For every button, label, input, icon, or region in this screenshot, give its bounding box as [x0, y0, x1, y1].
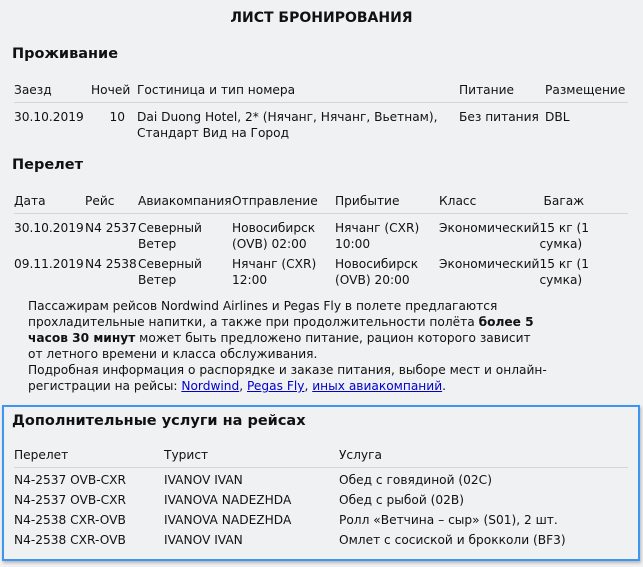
col-class: Класс — [439, 193, 539, 214]
period: . — [442, 379, 446, 393]
col-arrival: Прибытие — [335, 193, 439, 214]
baggage: 15 кг (1 сумка) — [539, 252, 628, 288]
airline: СеверныйВетер — [138, 252, 232, 288]
arrival-line: Нячанг (CXR) — [335, 220, 439, 236]
service-flight: N4-2537 OVB-CXR — [14, 468, 164, 491]
flights-table: Дата Рейс Авиакомпания Отправление Прибы… — [14, 193, 628, 288]
col-hotel: Гостиница и тип номера — [137, 82, 459, 103]
meal-plan: Без питания — [459, 103, 545, 142]
arrival: Новосибирск(OVB) 20:00 — [335, 252, 439, 288]
table-row: N4-2538 CXR-OVB IVANOV IVAN Омлет с соси… — [14, 530, 628, 550]
col-service: Услуга — [339, 445, 628, 468]
service-tourist: IVANOVA NADEZHDA — [164, 490, 339, 510]
col-tourist: Турист — [164, 445, 339, 468]
departure-line: (OVB) 02:00 — [232, 236, 335, 252]
airline-line: Ветер — [138, 236, 232, 252]
service-name: Омлет с сосиской и брокколи (BF3) — [339, 530, 628, 550]
hotel-name: Dai Duong Hotel, 2* (Нячанг, Нячанг, Вье… — [137, 109, 459, 125]
col-date: Дата — [14, 193, 85, 214]
col-baggage: Багаж — [539, 193, 628, 214]
departure-line: Новосибирск — [232, 220, 335, 236]
note-text: Пассажирам рейсов Nordwind Airlines и Pe… — [28, 299, 497, 329]
arrival: Нячанг (CXR)10:00 — [335, 214, 439, 253]
service-tourist: IVANOVA NADEZHDA — [164, 510, 339, 530]
col-airline: Авиакомпания — [138, 193, 232, 214]
airline-line: Ветер — [138, 272, 232, 288]
table-row: N4-2538 CXR-OVB IVANOVA NADEZHDA Ролл «В… — [14, 510, 628, 530]
flight-date: 09.11.2019 — [14, 252, 85, 288]
airline-line: Северный — [138, 220, 232, 236]
flight-class: Экономический — [439, 252, 539, 288]
col-nights: Ночей — [91, 82, 137, 103]
service-flight: N4-2538 CXR-OVB — [14, 530, 164, 550]
departure: Новосибирск(OVB) 02:00 — [232, 214, 335, 253]
flights-heading: Перелет — [12, 157, 83, 173]
separator: , — [239, 379, 247, 393]
service-name: Ролл «Ветчина – сыр» (S01), 2 шт. — [339, 510, 628, 530]
col-checkin: Заезд — [14, 82, 91, 103]
arrival-line: Новосибирск — [335, 256, 439, 272]
service-tourist: IVANOV IVAN — [164, 468, 339, 491]
arrival-line: 10:00 — [335, 236, 439, 252]
room-type: Стандарт Вид на Город — [137, 125, 459, 141]
table-row: N4-2537 OVB-CXR IVANOVA NADEZHDA Обед с … — [14, 490, 628, 510]
col-flight: Перелет — [14, 445, 164, 468]
accommodation-heading: Проживание — [12, 46, 118, 62]
flight-number: N4 2538 — [85, 252, 138, 288]
col-meal: Питание — [459, 82, 545, 103]
other-airlines-link[interactable]: иных авиакомпаний — [312, 379, 442, 393]
col-flight: Рейс — [85, 193, 138, 214]
service-name: Обед с рыбой (02B) — [339, 490, 628, 510]
nordwind-link[interactable]: Nordwind — [181, 379, 239, 393]
table-row: 30.10.2019 N4 2537 СеверныйВетер Новосиб… — [14, 214, 628, 253]
pegas-fly-link[interactable]: Pegas Fly — [247, 379, 304, 393]
col-placement: Размещение — [545, 82, 628, 103]
additional-services-box: Дополнительные услуги на рейсах Перелет … — [2, 405, 640, 561]
departure: Нячанг (CXR)12:00 — [232, 252, 335, 288]
arrival-line: (OVB) 20:00 — [335, 272, 439, 288]
col-departure: Отправление — [232, 193, 335, 214]
table-row: N4-2537 OVB-CXR IVANOV IVAN Обед с говяд… — [14, 468, 628, 491]
page-title: ЛИСТ БРОНИРОВАНИЯ — [0, 10, 643, 26]
services-table: Перелет Турист Услуга N4-2537 OVB-CXR IV… — [14, 445, 628, 550]
checkin-date: 30.10.2019 — [14, 103, 91, 142]
baggage: 15 кг (1 сумка) — [539, 214, 628, 253]
services-heading: Дополнительные услуги на рейсах — [12, 413, 306, 429]
table-row: 30.10.2019 10 Dai Duong Hotel, 2* (Нячан… — [14, 103, 628, 142]
service-flight: N4-2537 OVB-CXR — [14, 490, 164, 510]
accommodation-table: Заезд Ночей Гостиница и тип номера Питан… — [14, 82, 628, 141]
meal-info-note: Пассажирам рейсов Nordwind Airlines и Pe… — [28, 298, 548, 394]
service-flight: N4-2538 CXR-OVB — [14, 510, 164, 530]
flight-number: N4 2537 — [85, 214, 138, 253]
airline-line: Северный — [138, 256, 232, 272]
service-name: Обед с говядиной (02C) — [339, 468, 628, 491]
flight-date: 30.10.2019 — [14, 214, 85, 253]
nights-count: 10 — [91, 103, 137, 142]
service-tourist: IVANOV IVAN — [164, 530, 339, 550]
flight-class: Экономический — [439, 214, 539, 253]
table-row: 09.11.2019 N4 2538 СеверныйВетер Нячанг … — [14, 252, 628, 288]
departure-line: 12:00 — [232, 272, 335, 288]
departure-line: Нячанг (CXR) — [232, 256, 335, 272]
hotel-info: Dai Duong Hotel, 2* (Нячанг, Нячанг, Вье… — [137, 103, 459, 142]
placement: DBL — [545, 103, 628, 142]
airline: СеверныйВетер — [138, 214, 232, 253]
